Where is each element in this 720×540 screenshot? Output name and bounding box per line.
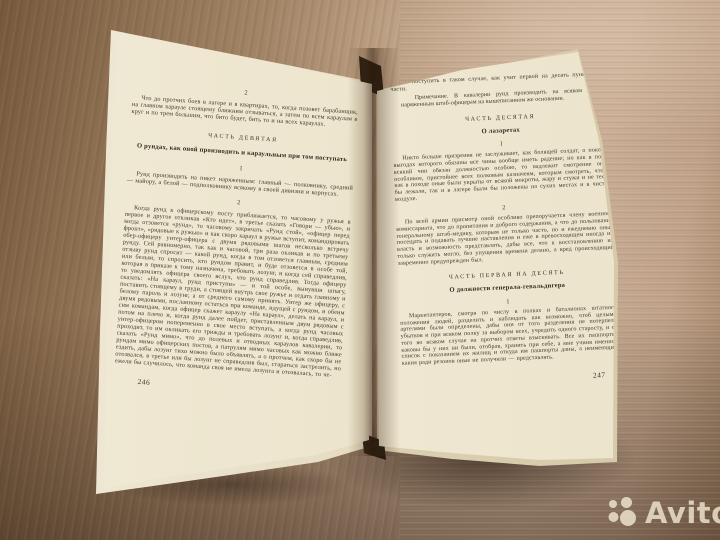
paragraph: Никто больше призрения не заслуживает, к…: [393, 147, 612, 203]
right-page-text: совали поступить в таком случае, как учи…: [390, 71, 620, 387]
spine-gutter-shading: [348, 48, 400, 456]
left-page-text: 2 Что до протчих боев в лагере и в кварт…: [113, 74, 359, 399]
page-number: 247: [403, 369, 620, 387]
avito-watermark: Avito: [606, 496, 720, 530]
page-number: 246: [113, 375, 339, 399]
paragraph: По всей армии присмотр оной особливо пре…: [396, 211, 615, 267]
chapter-title: О должности генерала-гевальдигера: [403, 280, 612, 297]
chapter-title: О лазаретах: [396, 123, 605, 140]
avito-logo-icon: [606, 496, 640, 530]
open-book-photo: 2 Что до протчих боев в лагере и в кварт…: [0, 0, 720, 540]
paragraph: Маркитантеров, смотря по числу в полках …: [400, 305, 619, 368]
paragraph: Когда рунд к офицерскому посту приближае…: [115, 204, 351, 380]
avito-wordmark: Avito: [645, 496, 720, 530]
